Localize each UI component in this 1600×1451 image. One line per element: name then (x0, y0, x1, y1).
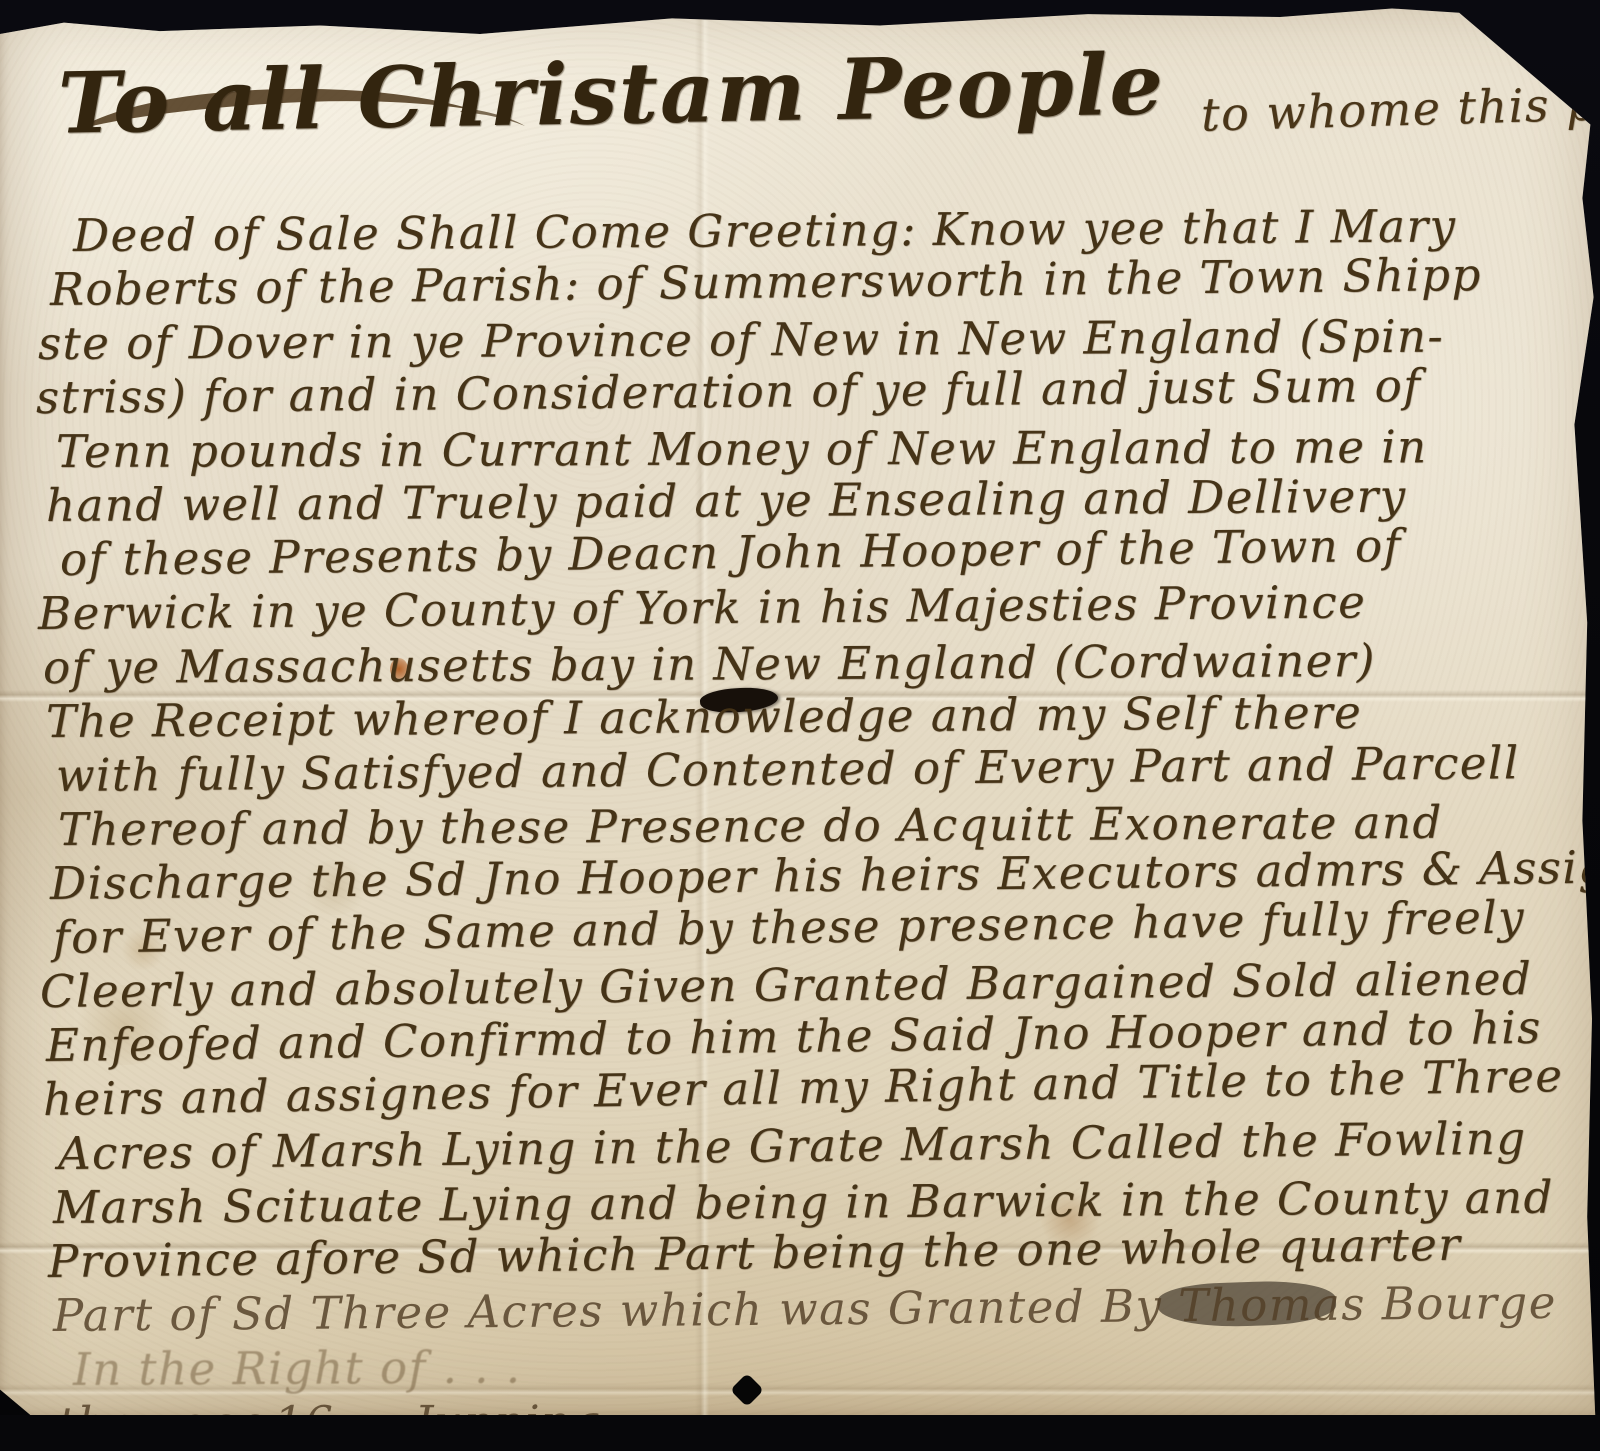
opening-line-rest: to whome this present (1200, 72, 1600, 141)
photo-background: To all Christam People to whome this pre… (0, 0, 1600, 1415)
manuscript-paper: To all Christam People to whome this pre… (0, 0, 1600, 1415)
manuscript-text: To all Christam People to whome this pre… (28, 40, 1588, 1415)
manuscript-line-faded: In the Right of . . . (73, 1335, 1588, 1397)
opening-calligraphy: To all Christam People (57, 34, 1165, 152)
manuscript-opening-line: To all Christam People to whome this pre… (28, 44, 1588, 209)
